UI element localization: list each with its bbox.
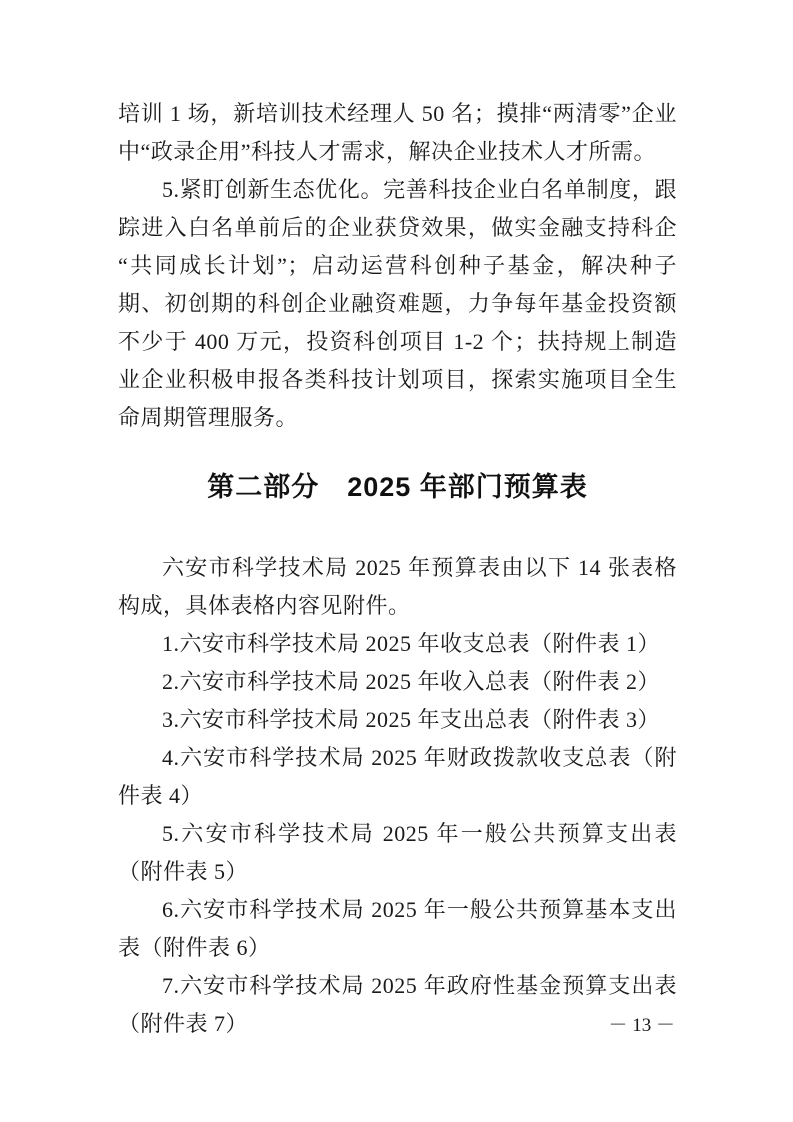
paragraph-continued-from-previous-page: 培训 1 场，新培训技术经理人 50 名；摸排“两清零”企业中“政录企用”科技人… bbox=[118, 95, 677, 171]
page-content: 培训 1 场，新培训技术经理人 50 名；摸排“两清零”企业中“政录企用”科技人… bbox=[118, 95, 677, 1043]
table-list-item-2: 2.六安市科学技术局 2025 年收入总表（附件表 2） bbox=[118, 663, 677, 701]
paragraph-point-5: 5.紧盯创新生态优化。完善科技企业白名单制度，跟踪进入白名单前后的企业获贷效果，… bbox=[118, 171, 677, 437]
table-list-item-4: 4.六安市科学技术局 2025 年财政拨款收支总表（附件表 4） bbox=[118, 739, 677, 815]
table-list-item-5: 5.六安市科学技术局 2025 年一般公共预算支出表（附件表 5） bbox=[118, 815, 677, 891]
table-list-item-3: 3.六安市科学技术局 2025 年支出总表（附件表 3） bbox=[118, 701, 677, 739]
document-page: 培训 1 场，新培训技术经理人 50 名；摸排“两清零”企业中“政录企用”科技人… bbox=[0, 0, 793, 1122]
table-list-item-6: 6.六安市科学技术局 2025 年一般公共预算基本支出表（附件表 6） bbox=[118, 891, 677, 967]
section-heading-part-2: 第二部分 2025 年部门预算表 bbox=[118, 465, 677, 509]
table-list-item-7: 7.六安市科学技术局 2025 年政府性基金预算支出表（附件表 7） bbox=[118, 967, 677, 1043]
budget-tables-intro-paragraph: 六安市科学技术局 2025 年预算表由以下 14 张表格构成，具体表格内容见附件… bbox=[118, 549, 677, 625]
page-number: － 13 － bbox=[608, 1014, 675, 1038]
table-list-item-1: 1.六安市科学技术局 2025 年收支总表（附件表 1） bbox=[118, 625, 677, 663]
